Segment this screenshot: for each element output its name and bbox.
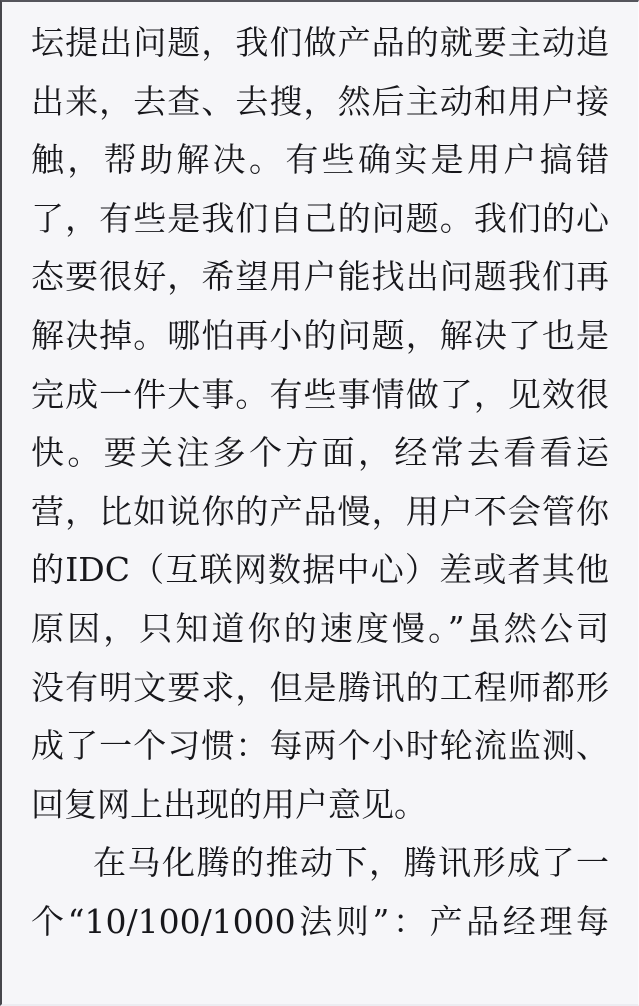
text-line: 了，有些是我们自己的问题。我们的心 xyxy=(31,190,609,249)
text-line: 的IDC（互联网数据中心）差或者其他 xyxy=(31,541,609,600)
text-line: 完成一件大事。有些事情做了，见效很 xyxy=(31,366,609,425)
text-line: 触，帮助解决。有些确实是用户搞错 xyxy=(31,131,609,190)
text-line: 成了一个习惯：每两个小时轮流监测、 xyxy=(31,717,609,776)
text-line: 解决掉。哪怕再小的问题，解决了也是 xyxy=(31,307,609,366)
text-line: 没有明文要求，但是腾讯的工程师都形 xyxy=(31,659,609,718)
text-line-paragraph-start: 在马化腾的推动下，腾讯形成了一 xyxy=(31,834,609,893)
text-line-paragraph-end: 回复网上出现的用户意见。 xyxy=(31,776,609,835)
text-line: 个“10/100/1000法则”：产品经理每 xyxy=(31,893,609,952)
text-line: 坛提出问题，我们做产品的就要主动追 xyxy=(31,14,609,73)
text-line: 态要很好，希望用户能找出问题我们再 xyxy=(31,248,609,307)
text-line: 营，比如说你的产品慢，用户不会管你 xyxy=(31,483,609,542)
text-line: 出来，去查、去搜，然后主动和用户接 xyxy=(31,73,609,132)
text-line: 快。要关注多个方面，经常去看看运 xyxy=(31,424,609,483)
text-line: 原因，只知道你的速度慢。”虽然公司 xyxy=(31,600,609,659)
ebook-reader-page[interactable]: 坛提出问题，我们做产品的就要主动追 出来，去查、去搜，然后主动和用户接 触，帮助… xyxy=(0,0,639,1006)
